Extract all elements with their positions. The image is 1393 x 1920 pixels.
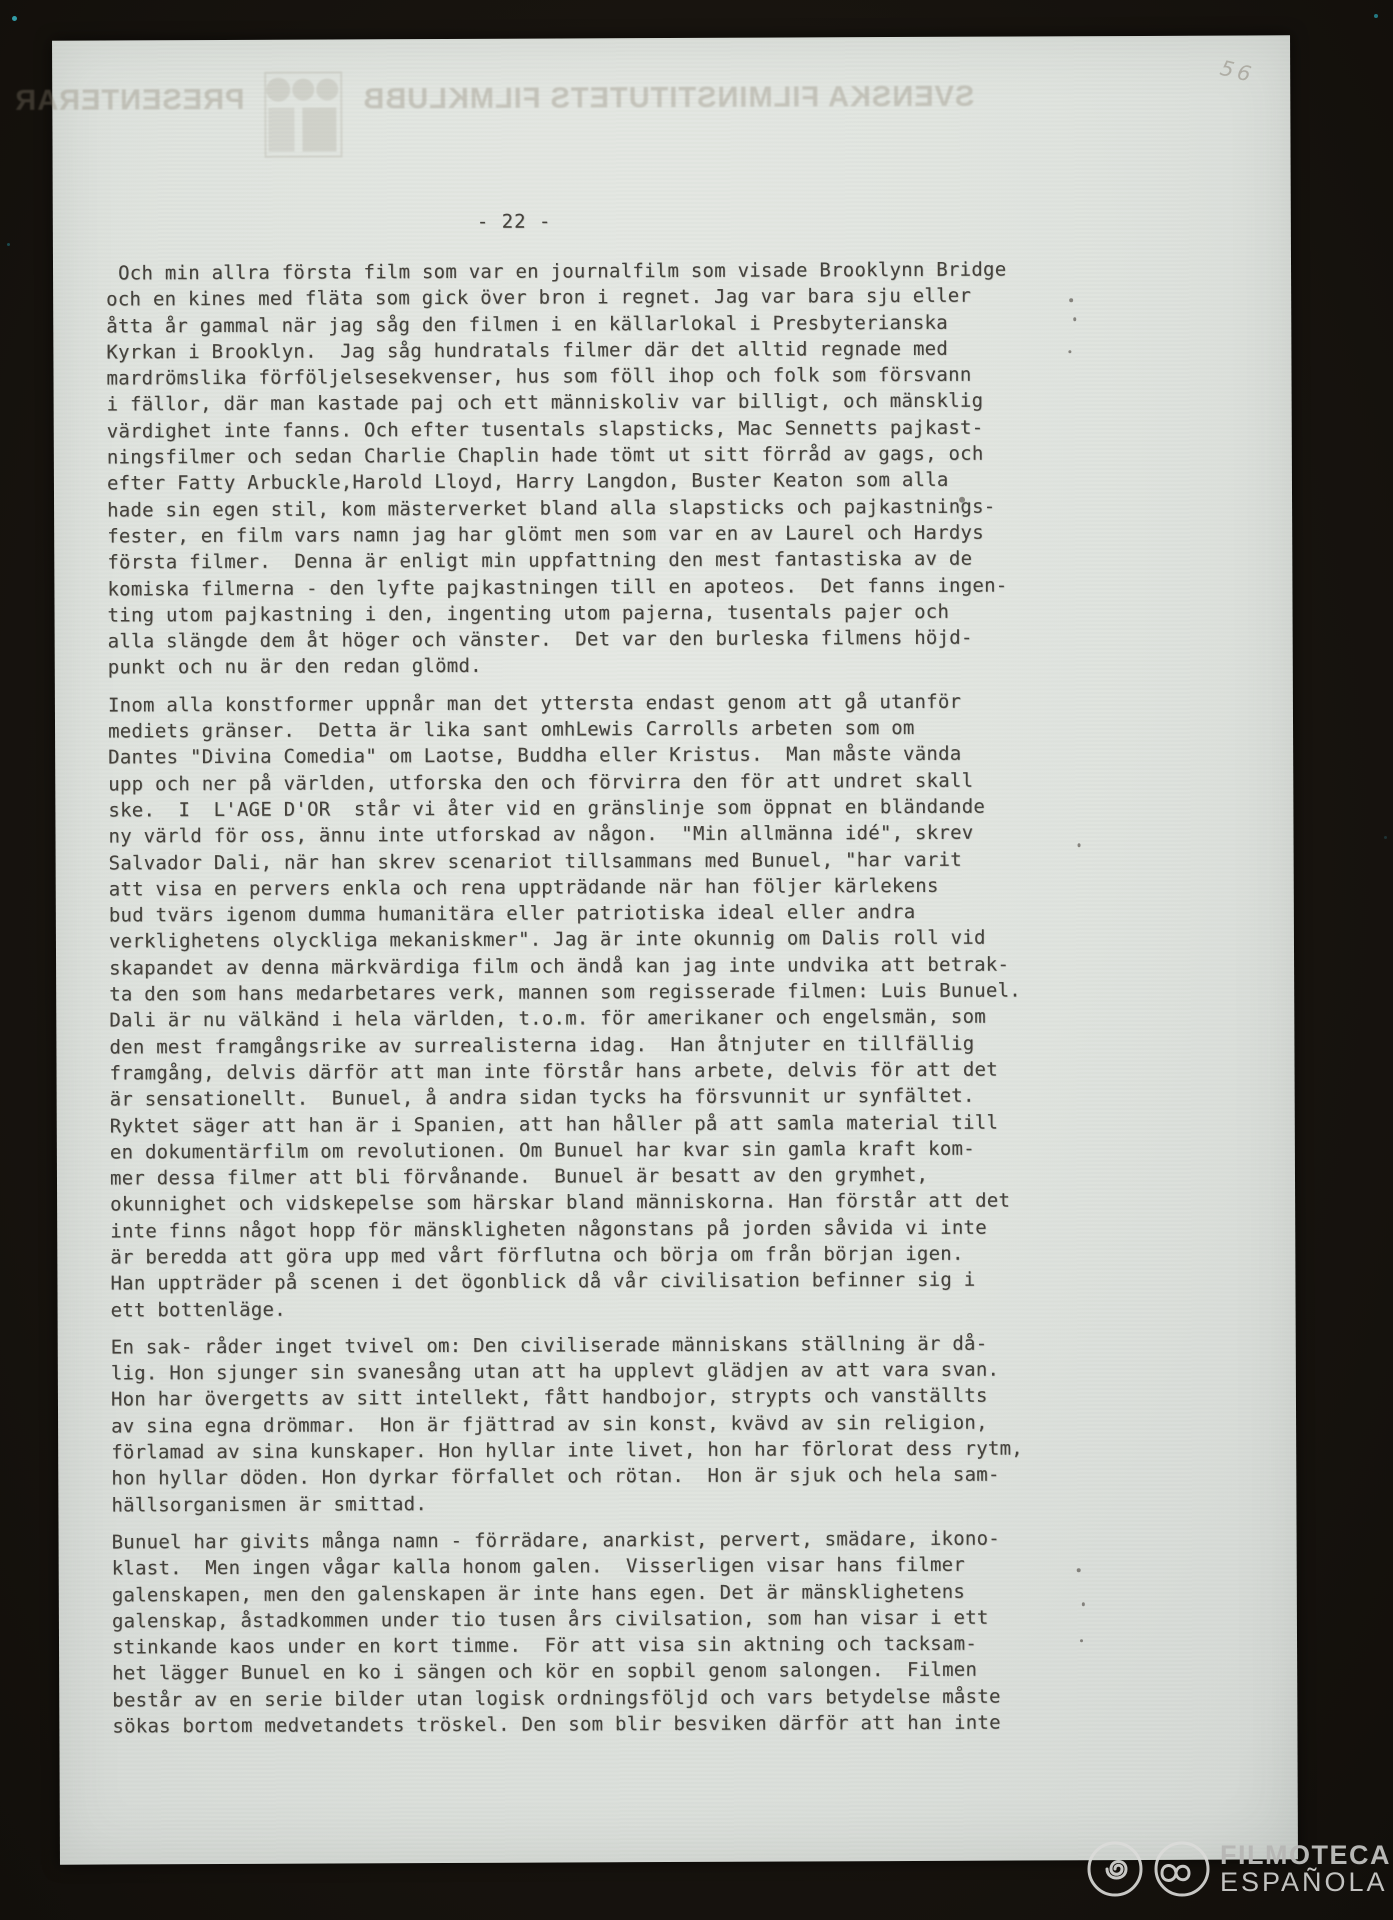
watermark-title: FILMOTECA — [1220, 1842, 1391, 1869]
pencil-annotation: 56 — [1218, 56, 1257, 88]
filmoteca-watermark: FILMOTECA ESPAÑOLA — [1086, 1840, 1391, 1898]
watermark-text: FILMOTECA ESPAÑOLA — [1220, 1842, 1391, 1896]
paragraph: Inom alla konstformer uppnår man det ytt… — [108, 687, 1231, 1323]
paragraph: Bunuel har givits många namn - förrädare… — [112, 1525, 1233, 1740]
ink-speck — [1069, 298, 1073, 302]
text-line: punkt och nu är den redan glömd. — [108, 650, 1228, 681]
ink-speck — [1078, 843, 1081, 847]
ink-speck — [1068, 350, 1071, 353]
showthrough-header-left-text: SVENSKA FILMINSTITUTETS FILMKLUBB — [362, 67, 974, 117]
typewritten-text: Och min allra första film som var en jou… — [106, 256, 1232, 1751]
scan-background: SVENSKA FILMINSTITUTETS FILMKLUBB PRESEN… — [0, 0, 1393, 1920]
film-institute-logo-icon — [262, 69, 344, 159]
showthrough-header: SVENSKA FILMINSTITUTETS FILMKLUBB PRESEN… — [90, 67, 974, 171]
scanner-speck — [12, 16, 17, 21]
text-line: hällsorganismen är smittad. — [111, 1487, 1231, 1518]
text-line: sökas bortom medvetandets tröskel. Den s… — [112, 1709, 1232, 1740]
scanner-speck — [1374, 14, 1378, 18]
text-line: ett bottenläge. — [111, 1292, 1231, 1323]
scanner-speck — [1384, 836, 1387, 839]
watermark-subtitle: ESPAÑOLA — [1220, 1869, 1391, 1896]
document-page: SVENSKA FILMINSTITUTETS FILMKLUBB PRESEN… — [52, 35, 1298, 1864]
page-number: - 22 - — [477, 211, 552, 233]
film-reel-icon — [1153, 1840, 1211, 1898]
ink-speck — [1073, 317, 1076, 321]
spiral-icon — [1086, 1840, 1144, 1898]
ink-speck — [959, 497, 965, 503]
ink-speck — [1077, 1568, 1081, 1572]
scanner-speck — [7, 243, 10, 246]
ink-speck — [1080, 1639, 1083, 1642]
paragraph: Och min allra första film som var en jou… — [106, 256, 1228, 682]
ink-speck — [1082, 1602, 1085, 1606]
showthrough-header-right-text: PRESENTERAR — [14, 70, 244, 118]
paragraph: En sak- råder inget tvivel om: Den civil… — [111, 1329, 1232, 1518]
